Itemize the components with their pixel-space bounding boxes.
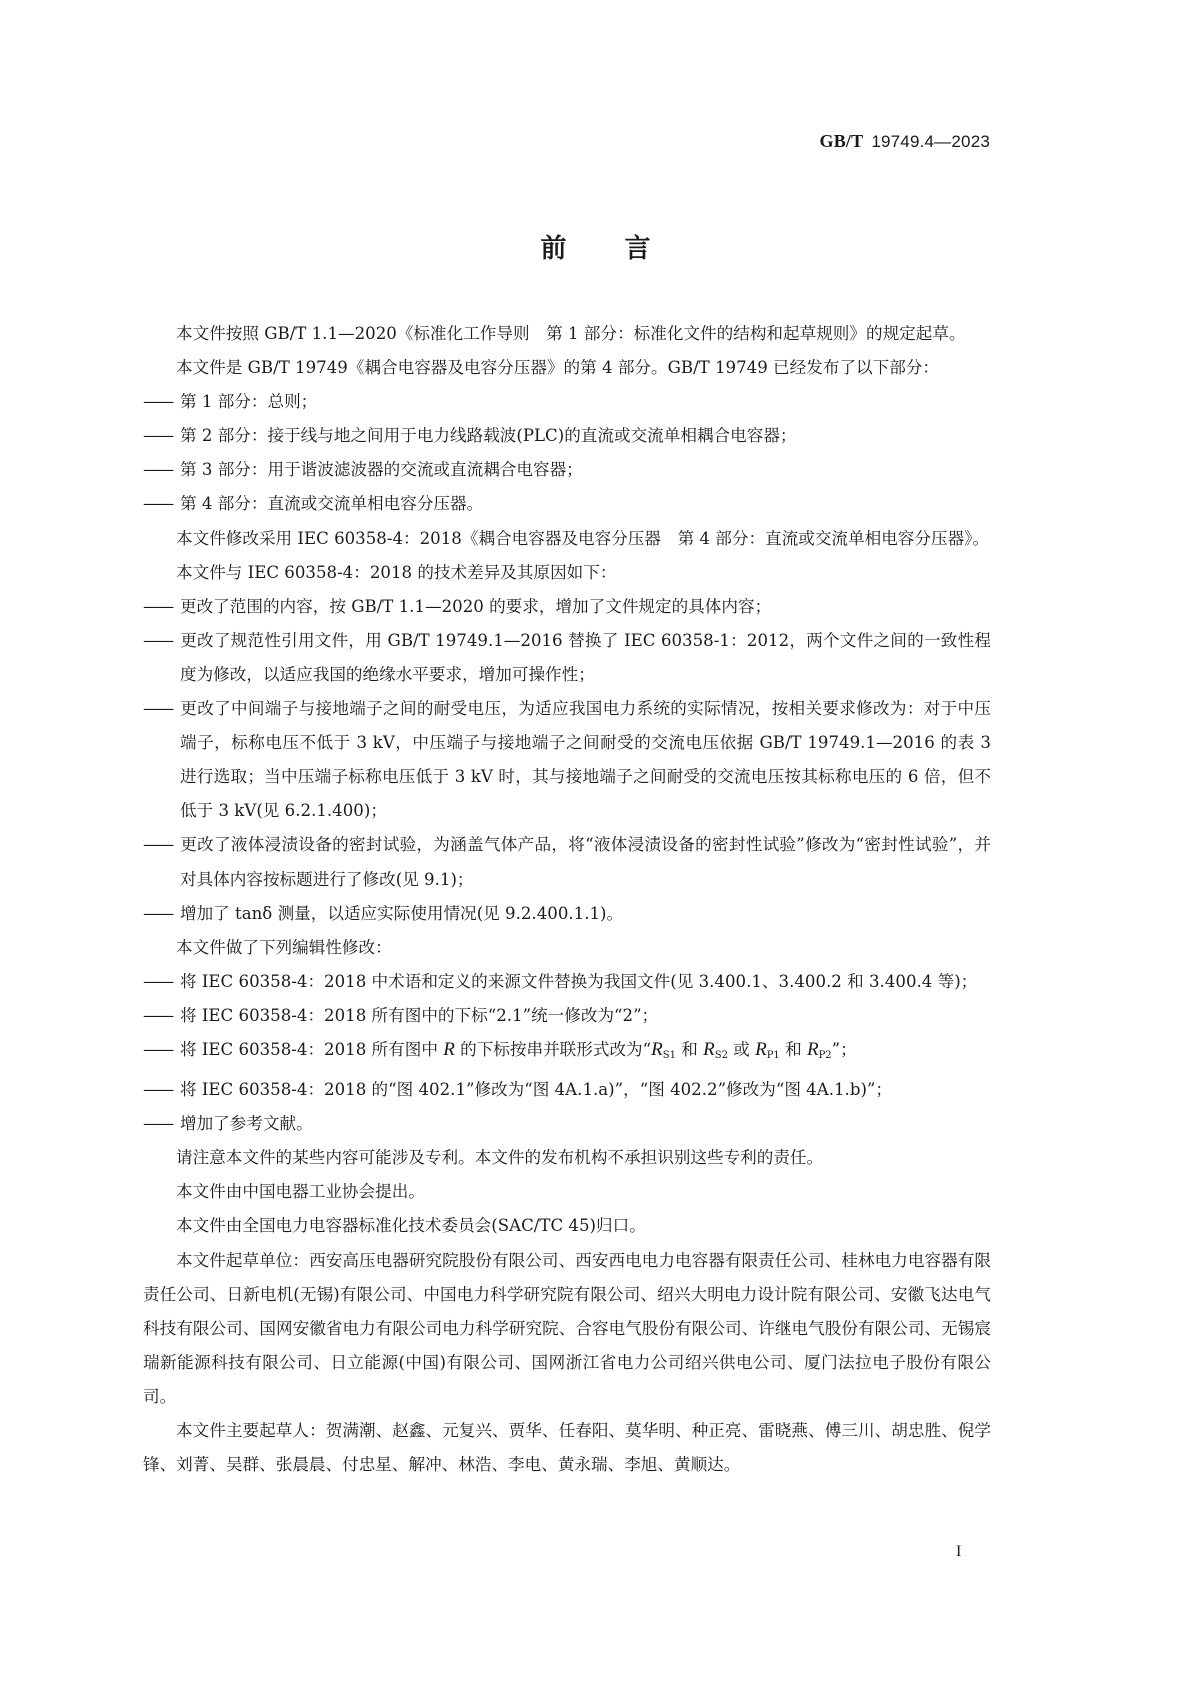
list-item: ——增加了参考文献。: [143, 1107, 991, 1141]
subscript: S1: [663, 1050, 676, 1061]
list-item-text: 将 IEC 60358-4：2018 的“图 402.1”修改为“图 4A.1.…: [180, 1080, 892, 1099]
standard-number: 19749.4—2023: [871, 132, 990, 151]
list-item-text: 更改了中间端子与接地端子之间的耐受电压，为适应我国电力系统的实际情况，按相关要求…: [180, 699, 991, 820]
list-item-text: 第 4 部分：直流或交流单相电容分压器。: [180, 494, 483, 513]
list-item-text: 第 2 部分：接于线与地之间用于电力线路载波(PLC)的直流或交流单相耦合电容器…: [180, 426, 797, 445]
paragraph: 本文件由中国电器工业协会提出。: [143, 1175, 991, 1209]
list-item-text: 或: [728, 1040, 755, 1059]
list-item: ——更改了规范性引用文件，用 GB/T 19749.1—2016 替换了 IEC…: [143, 624, 991, 692]
list-item-text: 更改了范围的内容，按 GB/T 1.1—2020 的要求，增加了文件规定的具体内…: [180, 597, 771, 616]
resistor-symbol: R: [703, 1039, 715, 1060]
list-dash: ——: [143, 590, 180, 624]
list-dash: ——: [143, 453, 180, 487]
list-item-text: 将 IEC 60358-4：2018 所有图中的下标“2.1”统一修改为“2”；: [180, 1006, 658, 1025]
list-item: ——更改了范围的内容，按 GB/T 1.1—2020 的要求，增加了文件规定的具…: [143, 590, 991, 624]
standard-number-header: GB/T19749.4—2023: [820, 131, 991, 152]
list-item-text: 第 1 部分：总则；: [180, 392, 317, 411]
page-number: I: [956, 1543, 961, 1561]
resistor-symbol: R: [807, 1039, 819, 1060]
list-item-text: 和: [780, 1040, 807, 1059]
list-item: ——第 2 部分：接于线与地之间用于电力线路载波(PLC)的直流或交流单相耦合电…: [143, 419, 991, 453]
page-title: 前言: [0, 228, 1191, 265]
list-item: ——将 IEC 60358-4：2018 的“图 402.1”修改为“图 4A.…: [143, 1073, 991, 1107]
foreword-body: 本文件按照 GB/T 1.1—2020《标准化工作导则 第 1 部分：标准化文件…: [143, 317, 991, 1482]
list-item-text: 更改了规范性引用文件，用 GB/T 19749.1—2016 替换了 IEC 6…: [180, 631, 991, 684]
list-dash: ——: [143, 999, 180, 1033]
list-item-text: 增加了 tanδ 测量，以适应实际使用情况(见 9.2.400.1.1)。: [180, 904, 623, 923]
subscript: S2: [715, 1050, 728, 1061]
paragraph: 本文件主要起草人：贺满潮、赵鑫、元复兴、贾华、任春阳、莫华明、种正亮、雷晓燕、傅…: [143, 1414, 991, 1482]
list-item-text: 第 3 部分：用于谐波滤波器的交流或直流耦合电容器；: [180, 460, 583, 479]
list-dash: ——: [143, 487, 180, 521]
list-dash: ——: [143, 1073, 180, 1107]
resistor-symbol: R: [651, 1039, 663, 1060]
paragraph: 本文件起草单位：西安高压电器研究院股份有限公司、西安西电电力电容器有限责任公司、…: [143, 1244, 991, 1414]
list-item-text: 将 IEC 60358-4：2018 中术语和定义的来源文件替换为我国文件(见 …: [180, 972, 977, 991]
title-char-2: 言: [625, 234, 709, 264]
list-item: ——将 IEC 60358-4：2018 中术语和定义的来源文件替换为我国文件(…: [143, 965, 991, 999]
list-item: ——将 IEC 60358-4：2018 所有图中 R 的下标按串并联形式改为“…: [143, 1033, 991, 1073]
standard-prefix: GB/T: [820, 131, 864, 151]
list-item-text: 的下标按串并联形式改为“: [455, 1040, 651, 1059]
paragraph: 本文件与 IEC 60358-4：2018 的技术差异及其原因如下：: [143, 556, 991, 590]
list-item-text: 将 IEC 60358-4：2018 所有图中: [180, 1040, 443, 1059]
list-item: ——第 4 部分：直流或交流单相电容分压器。: [143, 487, 991, 521]
list-dash: ——: [143, 692, 180, 726]
list-item: ——第 1 部分：总则；: [143, 385, 991, 419]
list-dash: ——: [143, 419, 180, 453]
list-item-text: 和: [676, 1040, 703, 1059]
list-item: ——第 3 部分：用于谐波滤波器的交流或直流耦合电容器；: [143, 453, 991, 487]
list-item: ——将 IEC 60358-4：2018 所有图中的下标“2.1”统一修改为“2…: [143, 999, 991, 1033]
subscript: P1: [767, 1050, 780, 1061]
list-dash: ——: [143, 897, 180, 931]
list-item-text: ”；: [832, 1040, 857, 1059]
list-dash: ——: [143, 965, 180, 999]
paragraph: 本文件按照 GB/T 1.1—2020《标准化工作导则 第 1 部分：标准化文件…: [143, 317, 991, 351]
list-dash: ——: [143, 385, 180, 419]
list-item-text: 增加了参考文献。: [180, 1114, 313, 1133]
paragraph: 请注意本文件的某些内容可能涉及专利。本文件的发布机构不承担识别这些专利的责任。: [143, 1141, 991, 1175]
paragraph: 本文件由全国电力电容器标准化技术委员会(SAC/TC 45)归口。: [143, 1209, 991, 1243]
paragraph: 本文件是 GB/T 19749《耦合电容器及电容分压器》的第 4 部分。GB/T…: [143, 351, 991, 385]
list-dash: ——: [143, 828, 180, 862]
list-dash: ——: [143, 1033, 180, 1067]
paragraph: 本文件做了下列编辑性修改：: [143, 931, 991, 965]
list-dash: ——: [143, 624, 180, 658]
resistor-symbol: R: [443, 1039, 455, 1060]
list-dash: ——: [143, 1107, 180, 1141]
list-item: ——更改了中间端子与接地端子之间的耐受电压，为适应我国电力系统的实际情况，按相关…: [143, 692, 991, 828]
resistor-symbol: R: [755, 1039, 767, 1060]
subscript: P2: [819, 1050, 832, 1061]
list-item: ——增加了 tanδ 测量，以适应实际使用情况(见 9.2.400.1.1)。: [143, 897, 991, 931]
list-item-text: 更改了液体浸渍设备的密封试验，为涵盖气体产品，将“液体浸渍设备的密封性试验”修改…: [180, 835, 991, 888]
list-item: ——更改了液体浸渍设备的密封试验，为涵盖气体产品，将“液体浸渍设备的密封性试验”…: [143, 828, 991, 896]
title-char-1: 前: [540, 234, 624, 264]
paragraph: 本文件修改采用 IEC 60358-4：2018《耦合电容器及电容分压器 第 4…: [143, 522, 991, 556]
